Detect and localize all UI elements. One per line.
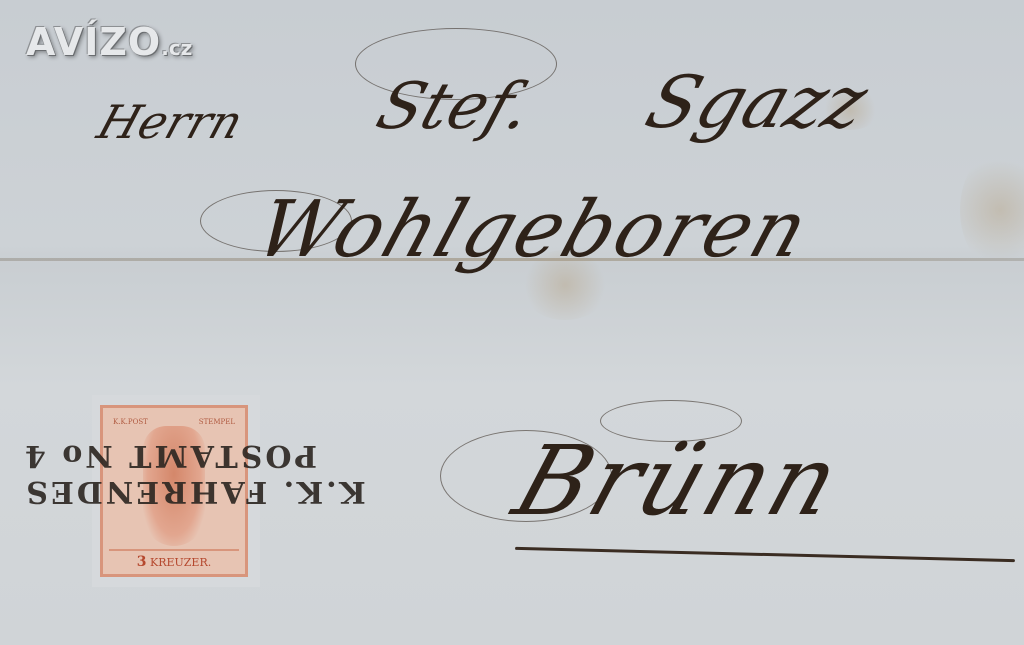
handwriting-wohlgeboren: Wohlgeboren (245, 185, 820, 275)
postmark-line-2: POSTAMT No 4 (22, 440, 367, 470)
handwriting-herrn: Herrn (91, 95, 249, 149)
handwriting-brunn: Brünn (502, 425, 855, 537)
paper-stain (960, 150, 1024, 270)
watermark-brand: AVÍZO (26, 20, 161, 64)
stamp-top-text: K.K.POST STEMPEL (103, 418, 245, 426)
stamp-top-left: K.K.POST (113, 418, 148, 426)
stamp-top-right: STEMPEL (199, 418, 235, 426)
stamp-value-text: KREUZER. (150, 556, 211, 569)
handwriting-surname: Sgazz (636, 60, 878, 144)
stamp-value-number: 3 (137, 554, 147, 570)
postmark-cancellation: K.K. FAHRENDES POSTAMT No 4 (22, 440, 367, 506)
postmark-line-1: K.K. FAHRENDES (22, 476, 367, 506)
watermark-tld: .cz (161, 36, 192, 60)
avizo-watermark-logo: AVÍZO.cz (26, 20, 192, 64)
address-underline (515, 547, 1015, 562)
stamp-value: 3 KREUZER. (109, 549, 239, 570)
handwriting-stef: Stef. (368, 70, 541, 144)
